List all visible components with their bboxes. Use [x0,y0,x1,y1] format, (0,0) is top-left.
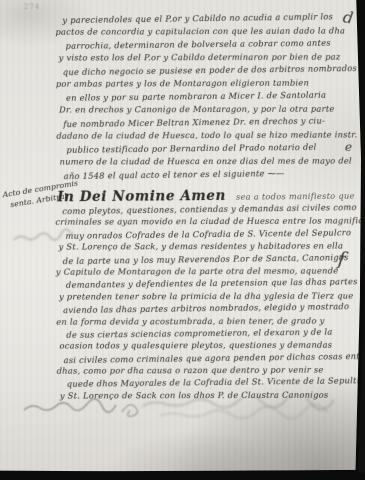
manuscript-line: año 1548 el qual acto el tenor es el sig… [64,166,357,183]
paragraph-2: In Dei Nomine Amen sea a todos manifiest… [55,185,359,403]
pencil-folio-number: 274 [24,3,40,11]
ink-scribble [20,396,150,422]
scanned-page: 274 y pareciendoles que el P.or y Cabild… [0,0,365,480]
pencil-note-scribble [12,228,82,248]
paragraph-2-lines: como pleytos, questiones, contiendas y d… [55,202,359,403]
paragraph-1: y pareciendoles que el P.or y Cabildo no… [55,11,356,183]
bleedthrough-marks [140,398,360,424]
opening-continuation: sea a todos manifiesto que [236,191,355,202]
margin-letter-e: e [345,140,353,154]
manuscript-paper: 274 y pareciendoles que el P.or y Cabild… [0,0,365,480]
